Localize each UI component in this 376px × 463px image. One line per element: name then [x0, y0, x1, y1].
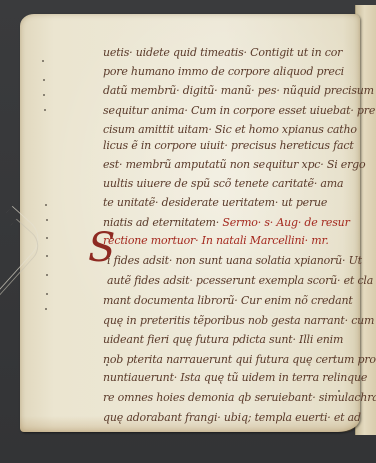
ruling-prick [45, 204, 47, 206]
text-line: rectione mortuor· In natali Marcellini· … [103, 234, 329, 248]
text-line: licus ẽ in corpore uiuit· precisus heret… [103, 139, 354, 153]
text-line: re omnes hoies demonia qb seruiebant· si… [103, 391, 376, 405]
ruling-prick [46, 255, 48, 257]
text-line: est· membrũ amputatũ non sequitur xpc· S… [103, 158, 365, 172]
rubric-title: Sermo· s· Aug· de resur [222, 216, 349, 229]
text-line: nob pterita narrauerunt qui futura quę c… [103, 353, 376, 367]
text-line: mant documenta librorũ· Cur enim nõ cred… [103, 294, 353, 308]
ruling-prick [46, 237, 48, 239]
text-line: sequitur anima· Cum in corpore esset uiu… [103, 104, 375, 118]
ruling-prick [45, 308, 47, 310]
ruling-prick [44, 109, 46, 111]
text-line: uultis uiuere de spũ scõ tenete caritatẽ… [103, 177, 343, 191]
text-line: pore humano immo de corpore aliquod prec… [103, 65, 344, 79]
text-line: datũ membrũ· digitũ· manũ· pes· nũquid p… [103, 84, 374, 98]
text-line: uetis· uidete quid timeatis· Contigit ut… [103, 46, 342, 60]
text-line: autẽ fides adsit· pcesserunt exempla sco… [107, 274, 373, 288]
ruling-prick [46, 219, 48, 221]
text-line: nuntiauerunt· Ista quę tũ uidem in terra… [103, 371, 367, 385]
text-line: i fides adsit· non sunt uana solatia xpi… [107, 254, 362, 268]
ruling-prick [46, 293, 48, 295]
ruling-prick [42, 60, 44, 62]
rubric-title: rectione mortuor· In natali Marcellini· … [103, 234, 329, 247]
text-line: niatis ad eternitatem· Sermo· s· Aug· de… [103, 216, 350, 230]
ruling-prick [46, 274, 48, 276]
text-line: quę in preteritis tẽporibus nob gesta na… [103, 314, 374, 328]
text-line: cisum amittit uitam· Sic et homo xpianus… [103, 123, 357, 137]
text-line: te unitatẽ· desiderate ueritatem· ut per… [103, 196, 327, 210]
text-line: uideant fieri quę futura pdicta sunt· Il… [103, 333, 343, 347]
ruling-prick [43, 79, 45, 81]
ruling-prick [43, 94, 45, 96]
text-line: quę adorabant frangi· ubiq; templa euert… [103, 411, 361, 425]
